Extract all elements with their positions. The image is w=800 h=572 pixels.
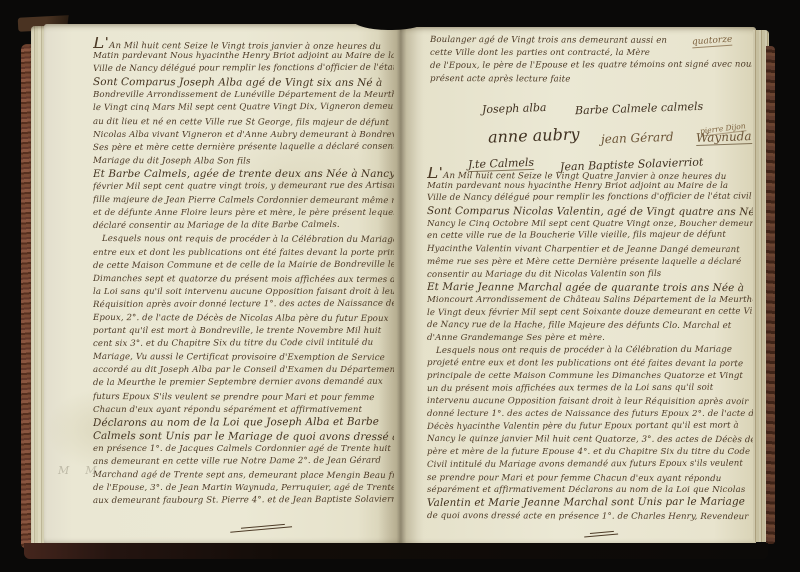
manuscript-line: le Vingt cinq Mars Mil sept cent Quatre … xyxy=(93,101,394,115)
manuscript-line: Mariage du dit Joseph Alba Son fils xyxy=(93,155,394,169)
manuscript-line: Nancy le quinze janvier Mil huit cent Qu… xyxy=(427,433,753,447)
manuscript-line: consentir au Mariage du dit Nicolas Vale… xyxy=(427,267,753,281)
signature-row: Joseph albaBarbe Calmele calmels xyxy=(482,91,750,115)
manuscript-line: Civil intitulé du Mariage avons demandé … xyxy=(427,457,753,471)
manuscript-line: en cette ville rue de la Boucherie Ville… xyxy=(427,229,753,243)
manuscript-line: Valentin et Marie Jeanne Marchal sont Un… xyxy=(427,495,753,509)
manuscript-line: Dimanches sept et quatorze du présent mo… xyxy=(93,273,394,287)
manuscript-line: de la Meurthe le premier Septembre derni… xyxy=(93,376,394,390)
manuscript-line: de Nancy rue de la Hache, fille Majeure … xyxy=(427,319,753,333)
second-act-text: L'An Mil huit cent Seize le Vingt Quatre… xyxy=(427,167,753,522)
manuscript-line: même rue ses père et Mère cette Dernière… xyxy=(427,256,753,269)
right-page: Boulanger agé de Vingt trois ans demeura… xyxy=(400,27,756,545)
manuscript-line: Chacun d'eux ayant répondu séparément et… xyxy=(93,404,394,417)
manuscript-line: entre eux et dont les publications ont é… xyxy=(93,247,394,260)
pen-flourish xyxy=(230,521,292,533)
manuscript-line: futurs Epoux S'ils veulent se prendre po… xyxy=(93,391,394,405)
manuscript-line: de cette Maison Commune et de celle de l… xyxy=(93,258,394,272)
signature: Joseph alba xyxy=(482,101,547,116)
manuscript-line: cent six 3°. et du Chapitre Six du titre… xyxy=(93,337,394,351)
signature: jean Gérard xyxy=(601,130,674,147)
signature-block: Joseph albaBarbe Calmele calmels anne au… xyxy=(430,91,750,171)
manuscript-line: Lesquels nous ont requis de procéder à l… xyxy=(93,233,394,247)
manuscript-line: d'Anne Grandemange Ses père et mère. xyxy=(427,332,753,345)
pencil-mark: M xyxy=(58,464,69,477)
manuscript-line: ans demeurant en cette ville rue Notre D… xyxy=(93,455,394,469)
manuscript-line: Epoux, 2°. de l'acte de Décès de Nicolas… xyxy=(93,312,394,326)
manuscript-line: projeté entre eux et dont les publicatio… xyxy=(427,357,753,371)
manuscript-line: principale de cette Maison Commune les D… xyxy=(427,370,753,383)
manuscript-line: Déclarons au nom de la Loi que Joseph Al… xyxy=(93,415,394,429)
manuscript-line: Réquisition après avoir donné lecture 1°… xyxy=(93,298,394,312)
manuscript-line: Sont Comparus Nicolas Valentin, agé de V… xyxy=(427,205,753,219)
manuscript-line: le Vingt deux février Mil sept cent Soix… xyxy=(427,305,753,319)
manuscript-line: Mioncourt Arrondissement de Château Sali… xyxy=(427,294,753,307)
signature: Waynuda xyxy=(696,129,752,146)
left-page: L'An Mil huit cent Seize le Vingt trois … xyxy=(44,24,400,544)
left-page-text: L'An Mil huit cent Seize le Vingt trois … xyxy=(93,37,394,508)
manuscript-line: Marchand agé de Trente sept ans, demeura… xyxy=(93,469,394,483)
manuscript-line: Décès hyacinthe Valentin père du futur E… xyxy=(427,419,753,433)
manuscript-line: Hyacinthe Valentin vivant Charpentier et… xyxy=(427,243,753,257)
manuscript-line: Ville de Nancy délégué pour remplir les … xyxy=(427,191,753,205)
manuscript-line: présent acte après lecture faite xyxy=(430,73,752,87)
book-cover-edge-right xyxy=(766,46,775,544)
pencil-mark: M xyxy=(85,464,96,477)
manuscript-line: Et Marie Jeanne Marchal agée de quarante… xyxy=(427,281,753,295)
manuscript-line: déclaré consentir au Mariage de la dite … xyxy=(93,219,394,233)
manuscript-line: de l'Epoux, le père de l'Epouse et les q… xyxy=(430,59,752,73)
manuscript-line: au dit lieu et né en cette Ville rue St … xyxy=(93,116,394,130)
manuscript-line: février Mil sept cent quatre vingt trois… xyxy=(93,180,394,194)
pencil-marginalia: MM xyxy=(58,464,118,477)
signature-row: anne aubryjean GérardWaynuda xyxy=(488,115,750,145)
manuscript-line: L'An Mil huit cent Seize le Vingt trois … xyxy=(93,37,394,51)
manuscript-line: L'An Mil huit cent Seize le Vingt Quatre… xyxy=(427,167,753,181)
pen-flourish xyxy=(584,529,618,539)
manuscript-line: Mariage, Vu aussi le Certificat provisoi… xyxy=(93,351,394,365)
manuscript-line: se prendre pour Mari et pour femme Chacu… xyxy=(427,472,753,486)
manuscript-line: Ville de Nancy délégué pour remplir les … xyxy=(93,62,394,76)
manuscript-line: aux demeurant faubourg St. Pierre 4°. et… xyxy=(93,494,394,508)
book-bottom-edge xyxy=(24,543,768,559)
manuscript-line: Calmels sont Unis par le Mariage de quoi… xyxy=(93,430,394,444)
manuscript-line: Lesquels nous ont requis de procéder à l… xyxy=(427,343,753,357)
manuscript-line: de quoi avons dressé acte en présence 1°… xyxy=(427,510,753,524)
manuscript-line: Nicolas Alba vivant Vigneron et d'Anne A… xyxy=(93,129,394,142)
signature: anne aubry xyxy=(488,124,580,146)
manuscript-line: fille majeure de Jean Pierre Calmels Cor… xyxy=(93,194,394,208)
manuscript-line: Ses père et mère cette dernière présente… xyxy=(93,140,394,154)
manuscript-line: intervenu aucune Opposition faisant droi… xyxy=(427,395,753,409)
manuscript-line: Sont Comparus Joseph Alba agé de Vingt s… xyxy=(93,76,394,90)
manuscript-register-scan: L'An Mil huit cent Seize le Vingt trois … xyxy=(0,0,800,572)
manuscript-line: un du présent mois affichées aux termes … xyxy=(427,381,753,395)
